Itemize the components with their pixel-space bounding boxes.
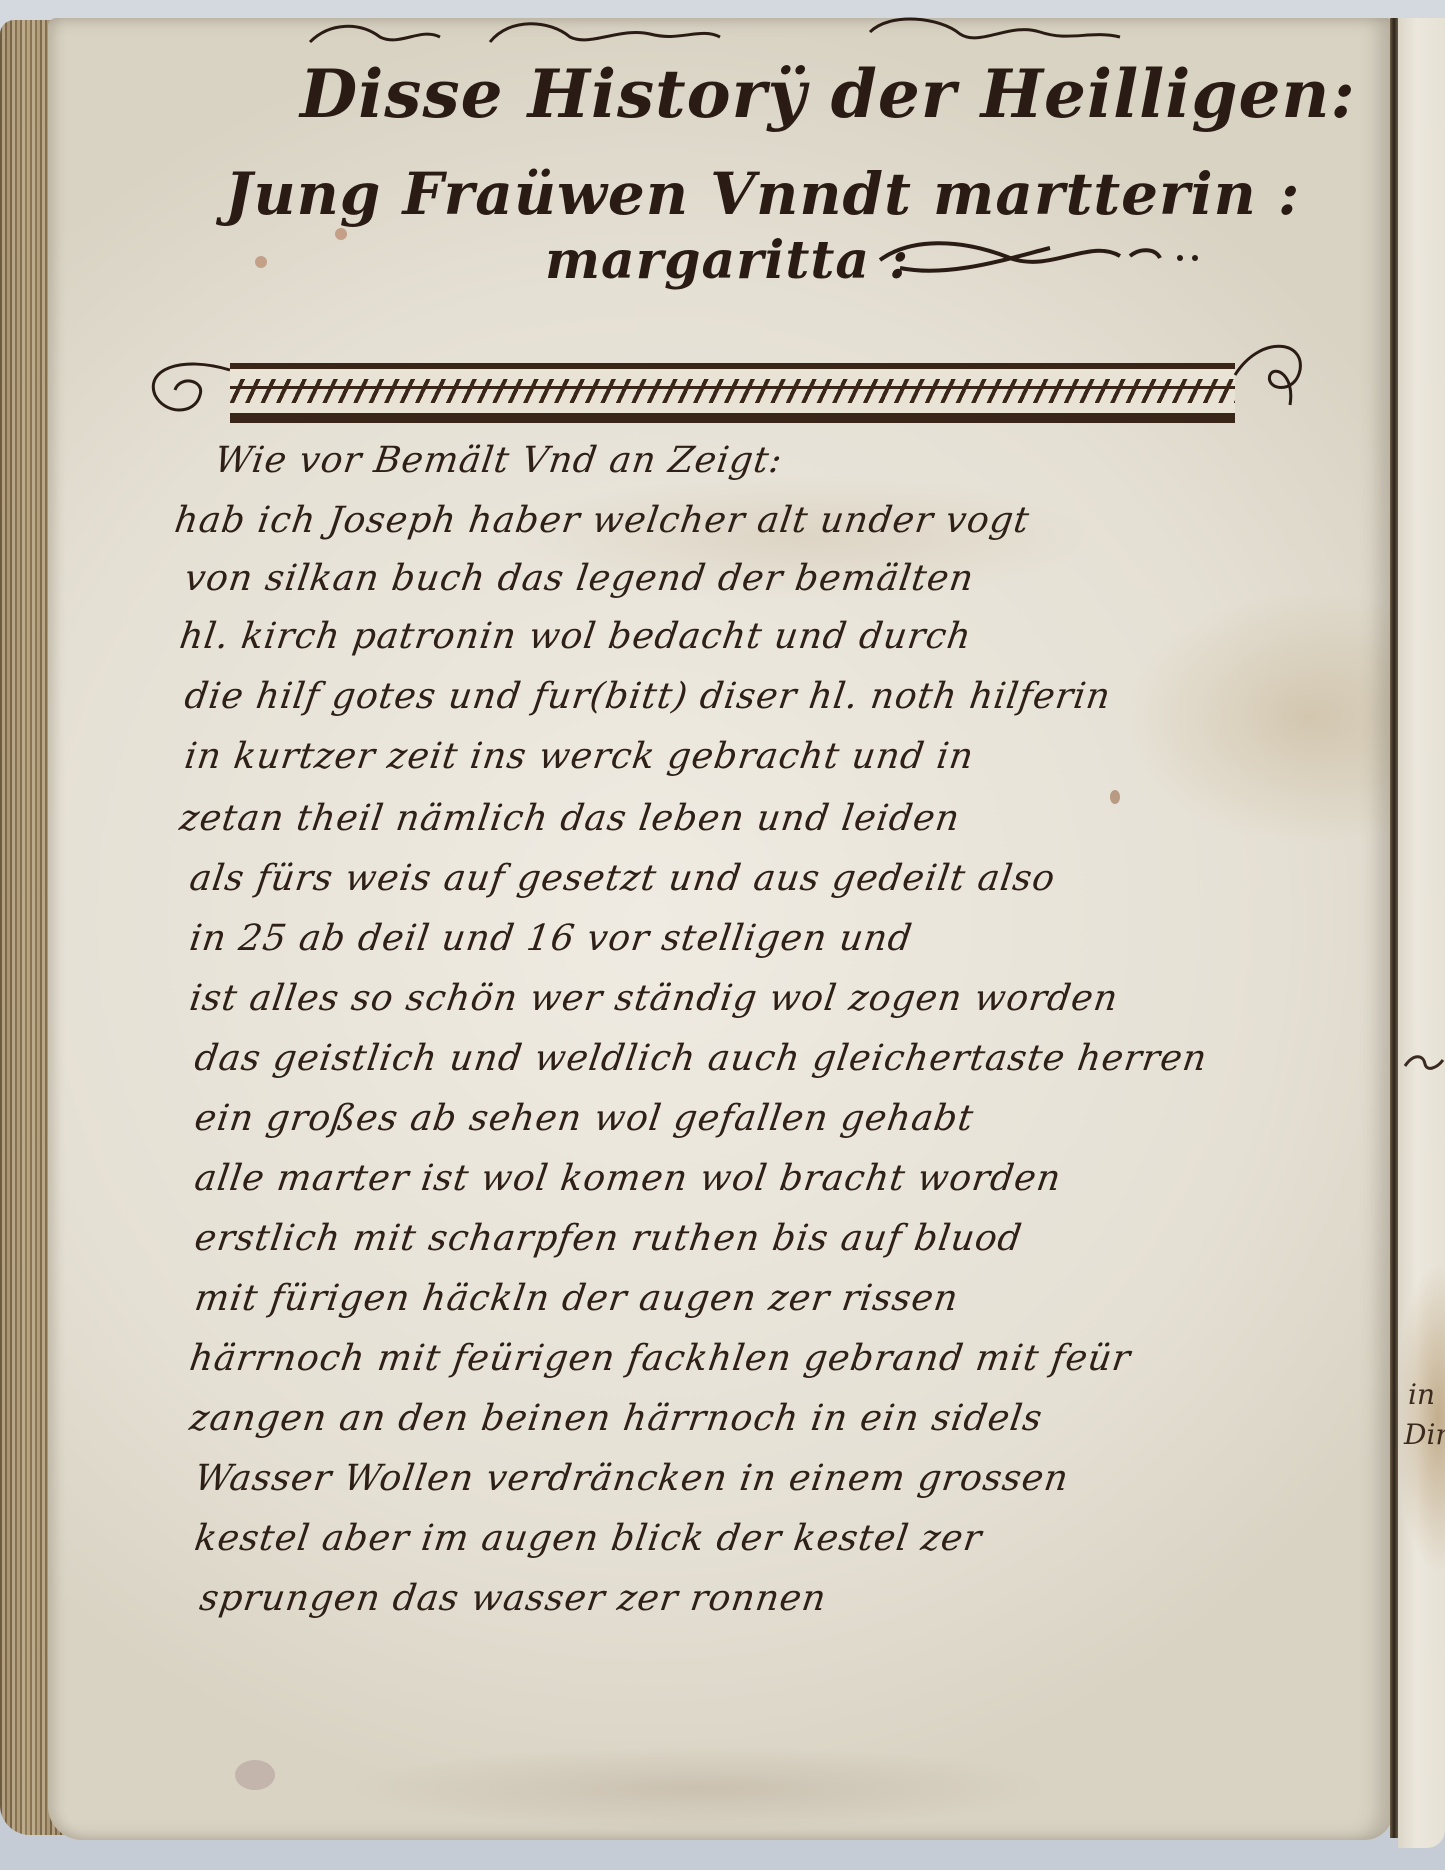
right-scroll-flourish-icon (1230, 335, 1320, 415)
text-line: zangen an den beinen härrnoch in ein sid… (187, 1398, 1045, 1439)
text-line: das geistlich und weldlich auch gleicher… (192, 1038, 1210, 1079)
text-line: die hilf gotes und fur(bitt) diser hl. n… (182, 676, 1113, 717)
text-line: hl. kirch patronin wol bedacht und durch (177, 616, 974, 657)
text-line: Wasser Wollen verdräncken in einem gross… (192, 1458, 1071, 1499)
text-line: erstlich mit scharpfen ruthen bis auf bl… (192, 1218, 1025, 1259)
text-line: als fürs weis auf gesetzt und aus gedeil… (187, 858, 1058, 899)
text-line: von silkan buch das legend der bemälten (182, 558, 977, 599)
title-line-1: Disse Historÿ der Heilligen: (300, 55, 1356, 133)
text-line: härrnoch mit feürigen fackhlen gebrand m… (187, 1338, 1133, 1379)
text-line: ein großes ab sehen wol gefallen gehabt (192, 1098, 976, 1139)
text-line: mit fürigen häckln der augen zer rissen (192, 1278, 961, 1319)
text-line: zetan theil nämlich das leben und leiden (177, 798, 963, 839)
facing-page-flourish-icon (1403, 1048, 1445, 1078)
facing-page-fragment: Dir (1404, 1418, 1445, 1451)
text-line: hab ich Joseph haber welcher alt under v… (172, 500, 1032, 541)
ink-spot (255, 256, 267, 268)
text-line: sprungen das wasser zer ronnen (197, 1578, 829, 1619)
text-line: Wie vor Bemält Vnd an Zeigt: (212, 440, 785, 481)
facing-page-edge: in Dir (1398, 18, 1445, 1848)
title-line-2: Jung Fraüwen Vnndt martterin : (225, 160, 1300, 228)
text-line: kestel aber im augen blick der kestel ze… (192, 1518, 985, 1559)
left-scroll-flourish-icon (140, 345, 240, 425)
ink-spot (1110, 790, 1120, 804)
title-line-3: margaritta : (545, 230, 909, 291)
stain (235, 1760, 275, 1790)
title-top-flourish-icon (250, 12, 1180, 57)
rope-border (230, 363, 1235, 423)
rope-border-divider (140, 345, 1310, 425)
ink-spot (335, 228, 347, 240)
text-line: in kurtzer zeit ins werck gebracht und i… (182, 736, 976, 777)
text-line: alle marter ist wol komen wol bracht wor… (192, 1158, 1064, 1199)
title-end-flourish-icon (870, 228, 1230, 288)
text-line: in 25 ab deil und 16 vor stelligen und (187, 918, 915, 959)
book-gutter (1390, 18, 1398, 1838)
facing-page-fragment: in (1408, 1378, 1435, 1411)
text-line: ist alles so schön wer ständig wol zogen… (187, 978, 1121, 1019)
